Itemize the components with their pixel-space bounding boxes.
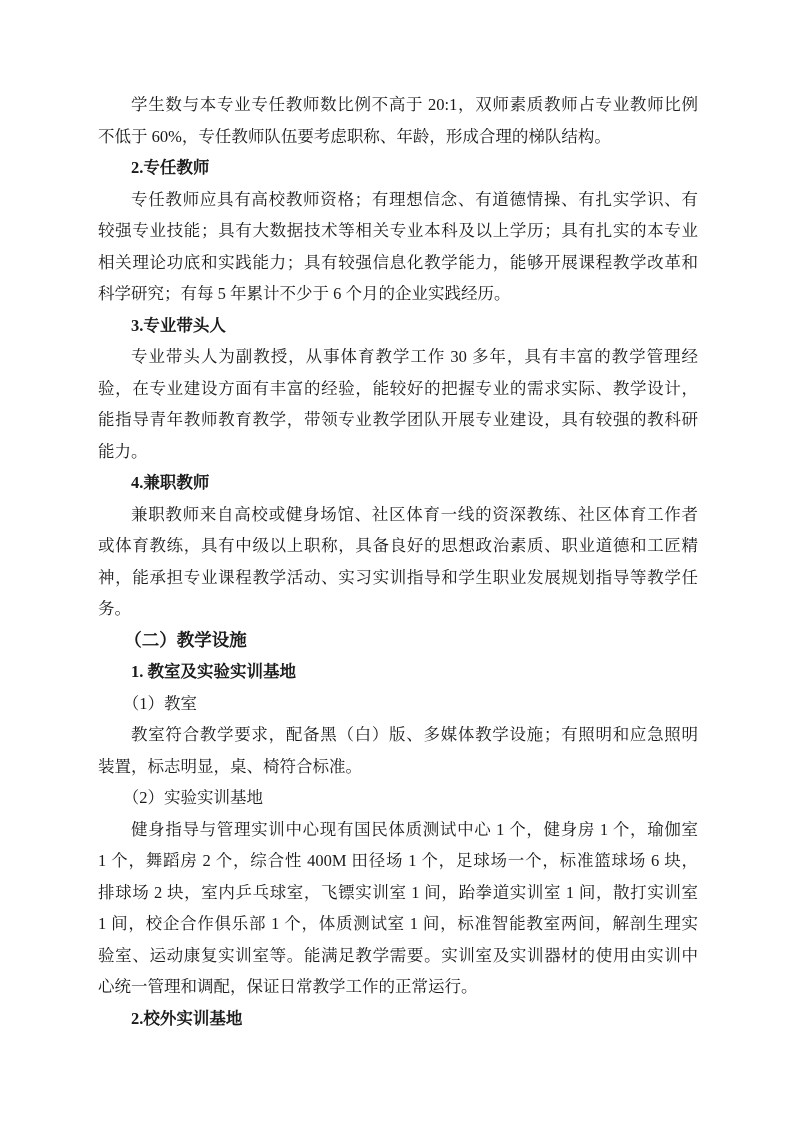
paragraph-line: 科学研究；有每 5 年累计不少于 6 个月的企业实践经历。 — [98, 278, 698, 310]
paragraph-line: 能力。 — [98, 436, 698, 468]
heading-numbered: 4.兼职教师 — [98, 467, 698, 499]
paragraph-line: 1 个，舞蹈房 2 个，综合性 400M 田径场 1 个，足球场一个，标准篮球场… — [98, 845, 698, 877]
paragraph-line: 心统一管理和调配，保证日常教学工作的正常运行。 — [98, 971, 698, 1003]
subitem: （2）实验实训基地 — [98, 782, 698, 814]
paragraph-line: 验室、运动康复实训室等。能满足教学需要。实训室及实训器材的使用由实训中 — [98, 940, 698, 972]
document-page: 学生数与本专业专任教师数比例不高于 20:1，双师素质教师占专业教师比例不低于 … — [0, 0, 793, 1122]
paragraph-line: 或体育教练，具有中级以上职称，具备良好的思想政治素质、职业道德和工匠精 — [98, 530, 698, 562]
paragraph-line: 专任教师应具有高校教师资格；有理想信念、有道德情操、有扎实学识、有 — [98, 184, 698, 216]
paragraph-line: 兼职教师来自高校或健身场馆、社区体育一线的资深教练、社区体育工作者 — [98, 499, 698, 531]
paragraph-line: 务。 — [98, 593, 698, 625]
subitem: （1）教室 — [98, 688, 698, 720]
paragraph-line: 较强专业技能；具有大数据技术等相关专业本科及以上学历；具有扎实的本专业 — [98, 215, 698, 247]
paragraph-line: 健身指导与管理实训中心现有国民体质测试中心 1 个，健身房 1 个，瑜伽室 — [98, 814, 698, 846]
paragraph-line: 学生数与本专业专任教师数比例不高于 20:1，双师素质教师占专业教师比例 — [98, 89, 698, 121]
paragraph-line: 不低于 60%，专任教师队伍要考虑职称、年龄，形成合理的梯队结构。 — [98, 121, 698, 153]
heading-numbered: 2.专任教师 — [98, 152, 698, 184]
heading-section: （二）教学设施 — [98, 625, 698, 657]
paragraph-line: 神，能承担专业课程教学活动、实习实训指导和学生职业发展规划指导等教学任 — [98, 562, 698, 594]
paragraph-line: 排球场 2 块，室内乒乓球室，飞镖实训室 1 间，跆拳道实训室 1 间，散打实训… — [98, 877, 698, 909]
paragraph-line: 专业带头人为副教授，从事体育教学工作 30 多年，具有丰富的教学管理经 — [98, 341, 698, 373]
paragraph-line: 能指导青年教师教育教学，带领专业教学团队开展专业建设，具有较强的教科研 — [98, 404, 698, 436]
document-content: 学生数与本专业专任教师数比例不高于 20:1，双师素质教师占专业教师比例不低于 … — [98, 89, 698, 1034]
heading-numbered: 3.专业带头人 — [98, 310, 698, 342]
paragraph-line: 相关理论功底和实践能力；具有较强信息化教学能力，能够开展课程教学改革和 — [98, 247, 698, 279]
paragraph-line: 1 间，校企合作俱乐部 1 个，体质测试室 1 间，标准智能教室两间，解剖生理实 — [98, 908, 698, 940]
paragraph-line: 装置，标志明显，桌、椅符合标准。 — [98, 751, 698, 783]
heading-numbered: 1. 教室及实验实训基地 — [98, 656, 698, 688]
paragraph-line: 教室符合教学要求，配备黑（白）版、多媒体教学设施；有照明和应急照明 — [98, 719, 698, 751]
paragraph-line: 验，在专业建设方面有丰富的经验，能较好的把握专业的需求实际、教学设计， — [98, 373, 698, 405]
heading-numbered: 2.校外实训基地 — [98, 1003, 698, 1035]
